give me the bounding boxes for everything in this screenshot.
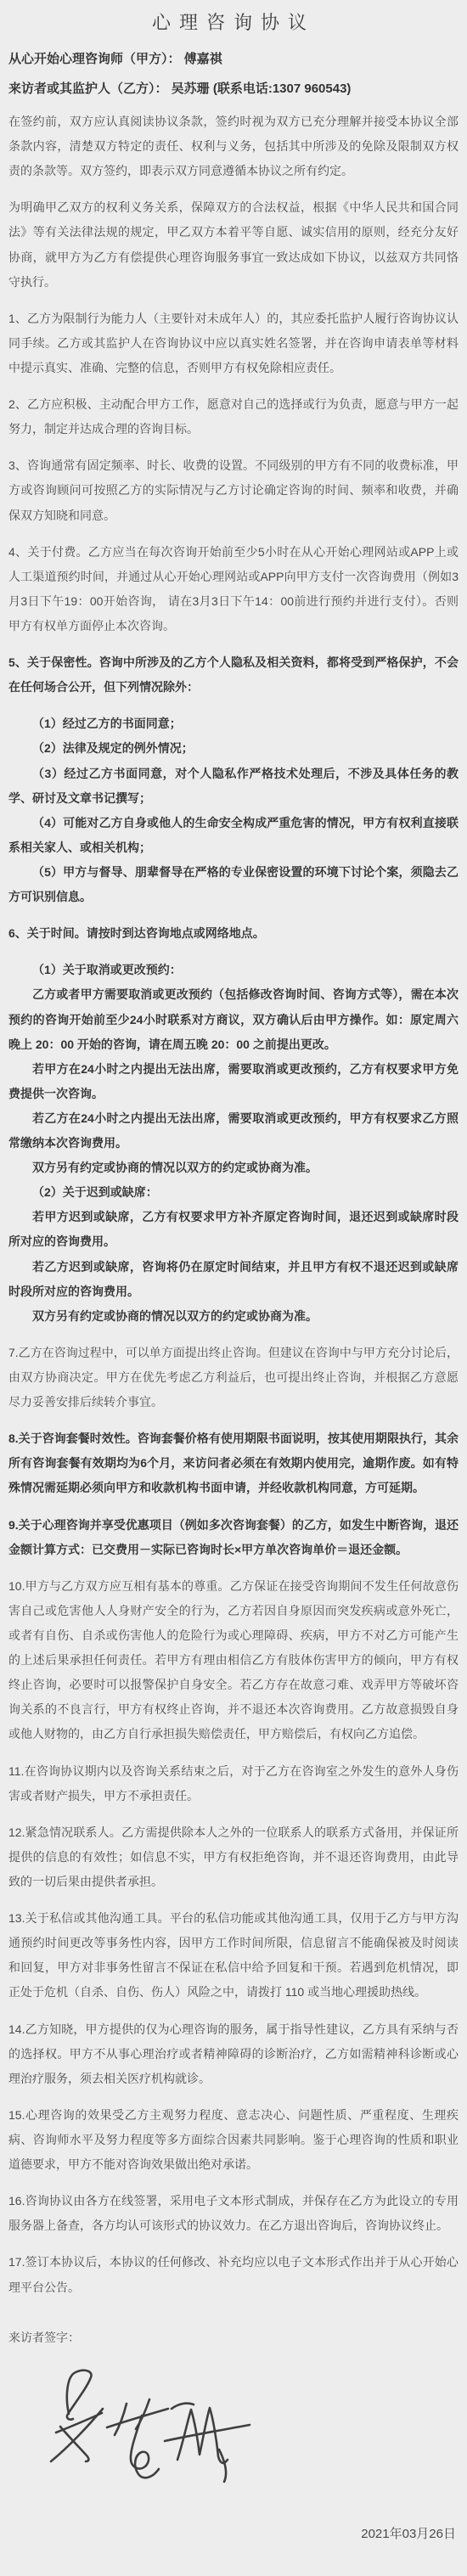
clause-6-sub-1-party-b: 若乙方在24小时之内提出无法出席，需要取消或更改预约，甲方有权要求乙方照常缴纳本… [8,1106,459,1156]
clause-14: 14.乙方知晓，甲方提供的仅为心理咨询的服务，属于指导性建议，乙方具有采纳与否的… [8,2017,459,2091]
clause-6-sub-2-party-a: 若甲方迟到或缺席，乙方有权要求甲方补齐原定咨询时间，退还迟到或缺席时段所对应的咨… [8,1205,459,1254]
clause-1: 1、乙方为限制行为能力人（主要针对未成年人）的，其应委托监护人履行咨询协议认同手… [8,307,459,380]
signature-section: 来访者签字： [8,2329,459,2502]
clause-16: 16.咨询协议由各方在线签署，采用电子文本形式制成，并保存在乙方为此设立的专用服… [8,2189,459,2238]
clause-6: 6、关于时间。请按时到达咨询地点或网络地点。 [8,921,459,946]
clause-5-sub-4: （4）可能对乙方自身或他人的生命安全构成严重危害的情况，甲方有权利直接联系相关家… [8,811,459,860]
clause-11: 11.在咨询协议期内以及咨询关系结束之后，对于乙方在咨询室之外发生的意外人身伤害… [8,1759,459,1808]
document-date: 2021年03月26日 [8,2524,456,2542]
clause-12: 12.紧急情况联系人。乙方需提供除本人之外的一位联系人的联系方式备用，并保证所提… [8,1820,459,1894]
clause-2: 2、乙方应积极、主动配合甲方工作，愿意对自己的选择或行为负责，愿意与甲方一起努力… [8,392,459,442]
page-title: 心理咨询协议 [8,8,459,35]
clause-5-sub-3: （3）经过乙方书面同意，对个人隐私作严格技术处理后，不涉及具体任务的教学、研讨及… [8,762,459,811]
clause-6-sub-2-party-b: 若乙方迟到或缺席，咨询将仍在原定时间结束，并且甲方有权不退还迟到或缺席时段所对应… [8,1255,459,1304]
party-client-line: 来访者或其监护人（乙方）： 吴苏珊 (联系电话:1307 960543) [8,80,459,98]
clause-8: 8.关于咨询套餐时效性。咨询套餐价格有使用期限书面说明，按其使用期限执行，其余所… [8,1426,459,1500]
clause-6-sub-1-title: （1）关于取消或更改预约： [8,958,459,982]
clause-3: 3、咨询通常有固定频率、时长、收费的设置。不同级别的甲方有不同的收费标准，甲方或… [8,453,459,527]
clause-13: 13.关于私信或其他沟通工具。平台的私信功能或其他沟通工具，仅用于乙方与甲方沟通… [8,1906,459,2005]
party-counselor-line: 从心开始心理咨询师（甲方）： 傅嘉祺 [8,50,459,68]
clause-6-sub-1-party-a: 若甲方在24小时之内提出无法出席，需要取消或更改预约，乙方有权要求甲方免费提供一… [8,1057,459,1106]
clause-9: 9.关于心理咨询并享受优惠项目（例如多次咨询套餐）的乙方，如发生中断咨询，退还金… [8,1513,459,1562]
clause-5-sub-1: （1）经过乙方的书面同意； [8,711,459,736]
clause-10: 10.甲方与乙方双方应互相有基本的尊重。乙方保证在接受咨询期间不发生任何故意伤害… [8,1574,459,1747]
clause-6-sub-1-note: 双方另有约定或协商的情况以双方的约定或协商为准。 [8,1156,459,1180]
clause-5-sub-2: （2）法律及规定的例外情况； [8,736,459,761]
signature-label: 来访者签字： [8,2329,459,2346]
clause-6-sub-2-note: 双方另有约定或协商的情况以双方的约定或协商为准。 [8,1304,459,1329]
clause-6-sub-2-title: （2）关于迟到或缺席： [8,1180,459,1205]
clause-17: 17.签订本协议后，本协议的任何修改、补充均应以电子文本形式作出并于从心开始心理… [8,2250,459,2299]
clause-6-sub-1-text: 乙方或者甲方需要取消或更改预约（包括修改咨询时间、咨询方式等），需在本次预约的咨… [8,982,459,1056]
agreement-document: 心理咨询协议 从心开始心理咨询师（甲方）： 傅嘉祺 来访者或其监护人（乙方）： … [0,0,467,2576]
intro-paragraph-1: 在签约前，双方应认真阅读协议条款，签约时视为双方已充分理解并接受本协议全部条款内… [8,110,459,183]
clause-7: 7.乙方在咨询过程中，可以单方面提出终止咨询。但建议在咨询中与甲方充分讨论后，由… [8,1341,459,1415]
client-signature-handwriting [41,2365,255,2502]
clause-15: 15.心理咨询的效果受乙方主观努力程度、意志决心、问题性质、严重程度、生理疾病、… [8,2103,459,2177]
clause-5: 5、关于保密性。咨询中所涉及的乙方个人隐私及相关资料，都将受到严格保护，不会在任… [8,650,459,700]
intro-paragraph-2: 为明确甲乙双方的权利义务关系，保障双方的合法权益，根据《中华人民共和国合同法》等… [8,195,459,294]
clause-5-sub-5: （5）甲方与督导、朋辈督导在严格的专业保密设置的环境下讨论个案，须隐去乙方可识别… [8,860,459,909]
clause-4: 4、关于付费。乙方应当在每次咨询开始前至少5小时在从心开始心理网站或APP上或人… [8,540,459,638]
